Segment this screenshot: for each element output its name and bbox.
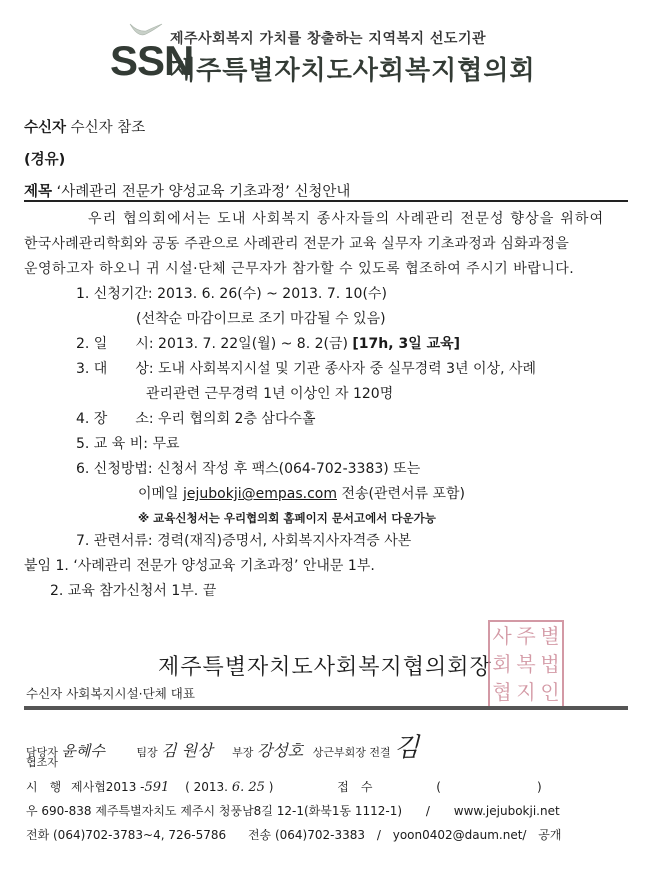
item-label: 7. 관련서류:: [76, 533, 153, 549]
subject-label: 제목: [24, 184, 52, 200]
website-link[interactable]: www.jejubokji.net: [454, 804, 560, 818]
attachment-text: 1. ‘사례관리 전문가 양성교육 기초과정’ 안내문 1부.: [56, 558, 375, 574]
slogan: 제주사회복지 가치를 창출하는 지역복지 선도기관: [170, 28, 486, 48]
item-label: 6. 신청방법:: [76, 461, 153, 477]
item-target-cont: 관리관련 근무경력 1년 이상인 자 120명: [146, 383, 393, 403]
team-leader-label: 팀장: [136, 746, 157, 759]
address-line: 우 690-838 제주특별자치도 제주시 청풍남8길 12-1(화북1동 11…: [26, 802, 560, 819]
item-method-email: 이메일 jejubokji@empas.com 전송(관련서류 포함): [138, 483, 465, 503]
recipients-list: 수신자 사회복지시설·단체 대표: [26, 684, 195, 702]
seal-char: 사: [490, 622, 514, 650]
dept-head-signature: 강성호: [257, 741, 303, 760]
item-application-note: (선착순 마감이므로 조기 마감될 수 있음): [136, 308, 386, 328]
receipt-value: ( ): [436, 780, 541, 794]
org-title: 제주특별자치도사회복지협의회: [170, 50, 536, 87]
vp-signature: 김: [394, 733, 419, 763]
item-label: 5. 교 육 비:: [76, 436, 148, 452]
signature-divider: [24, 706, 628, 710]
item-application-period: 1. 신청기간: 2013. 6. 26(수) ~ 2013. 7. 10(수): [76, 283, 387, 303]
download-note: ※ 교육신청서는 우리협의회 홈페이지 문서고에서 다운가능: [138, 510, 436, 526]
subject-value: ‘사례관리 전문가 양성교육 기초과정’ 신청안내: [57, 184, 351, 200]
seal-char: 별: [538, 622, 562, 650]
item-value: 2013. 6. 26(수) ~ 2013. 7. 10(수): [157, 286, 387, 302]
contact-line: 전화 (064)702-3783~4, 726-5786 전송 (064)702…: [26, 826, 561, 843]
item-label: 1. 신청기간:: [76, 286, 153, 302]
header-divider: [24, 200, 628, 202]
approval-line: 담당자 윤혜수 팀장 김 원상 부장 강성호 상근부회장 전결 김: [26, 727, 419, 764]
seal-char: 회: [490, 650, 514, 678]
email-prefix: 이메일: [138, 486, 179, 502]
seal-char: 주: [514, 622, 538, 650]
item-hours: [17h, 3일 교육]: [352, 336, 460, 352]
receipt-label: 접 수: [337, 780, 372, 794]
email-link[interactable]: jejubokji@empas.com: [183, 486, 337, 502]
subject-line: 제목 ‘사례관리 전문가 양성교육 기초과정’ 신청안내: [24, 180, 350, 201]
item-target: 3. 대 상: 도내 사회복지시설 및 기관 종사자 중 실무경력 3년 이상,…: [76, 358, 536, 378]
exec-date-suffix: ): [269, 780, 274, 794]
fax: 전송 (064)702-3383: [248, 828, 365, 842]
item-value: 2013. 7. 22일(월) ~ 8. 2(금): [158, 336, 348, 352]
separator: /: [377, 828, 381, 842]
seal-char: 협: [490, 678, 514, 706]
exec-number-handwritten: 591: [144, 780, 169, 795]
intro-line-3: 운영하고자 하오니 귀 시설·단체 근무자가 참가할 수 있도록 협조하여 주시…: [24, 258, 574, 278]
seal-char: 인: [538, 678, 562, 706]
team-leader-signature: 김 원상: [161, 741, 212, 760]
item-value: 우리 협의회 2층 삼다수홀: [158, 411, 316, 427]
seal-char: 복: [514, 650, 538, 678]
exec-date-prefix: ( 2013.: [185, 780, 228, 794]
item-place: 4. 장 소: 우리 협의회 2층 삼다수홀: [76, 408, 316, 428]
contact-email-link[interactable]: yoon0402@daum.net/: [393, 828, 527, 842]
intro-line-1: 우리 협의회에서는 도내 사회복지 종사자들의 사례관리 전문성 향상을 위하여: [88, 208, 604, 228]
item-method: 6. 신청방법: 신청서 작성 후 팩스(064-702-3383) 또는: [76, 458, 420, 478]
item-value: 신청서 작성 후 팩스(064-702-3383) 또는: [157, 461, 420, 477]
attachment-1: 붙임 1. ‘사례관리 전문가 양성교육 기초과정’ 안내문 1부.: [24, 555, 375, 575]
via-line: (경유): [24, 148, 65, 169]
recipient-label: 수신자: [24, 120, 66, 136]
recipient-value: 수신자 참조: [71, 120, 146, 136]
email-suffix: 전송(관련서류 포함): [341, 486, 465, 502]
item-value: 경력(재직)증명서, 사회복지사자격증 사본: [157, 533, 411, 549]
exec-date-handwritten: 6. 25: [232, 780, 265, 795]
intro-line-2: 한국사례관리학회와 공동 주관으로 사례관리 전문가 교육 실무자 기초과정과 …: [24, 233, 569, 253]
separator: /: [426, 804, 430, 818]
item-documents: 7. 관련서류: 경력(재직)증명서, 사회복지사자격증 사본: [76, 530, 411, 550]
item-schedule: 2. 일 시: 2013. 7. 22일(월) ~ 8. 2(금) [17h, …: [76, 333, 460, 353]
attachments-label: 붙임: [24, 558, 51, 574]
item-fee: 5. 교 육 비: 무료: [76, 433, 180, 453]
attachment-2: 2. 교육 참가신청서 1부. 끝: [50, 580, 216, 600]
phone: 전화 (064)702-3783~4, 726-5786: [26, 828, 226, 842]
disclosure-status: 공개: [538, 828, 561, 842]
cooperation-label: 협조자: [26, 754, 58, 770]
exec-label: 시 행: [26, 780, 61, 794]
item-label: 4. 장 소:: [76, 411, 154, 427]
item-value: 도내 사회복지시설 및 기관 종사자 중 실무경력 3년 이상, 사례: [158, 361, 536, 377]
exec-number: 제사협2013 -: [71, 780, 144, 794]
item-label: 3. 대 상:: [76, 361, 154, 377]
staff-signature: 윤혜수: [61, 742, 104, 760]
item-value: 무료: [152, 436, 179, 452]
seal-char: 지: [514, 678, 538, 706]
dept-head-label: 부장: [232, 746, 253, 759]
issuer-name: 제주특별자치도사회복지협의회장: [158, 650, 492, 681]
item-label: 2. 일 시:: [76, 336, 154, 352]
address: 우 690-838 제주특별자치도 제주시 청풍남8길 12-1(화북1동 11…: [26, 804, 402, 818]
seal-char: 법: [538, 650, 562, 678]
vp-label: 상근부회장 전결: [313, 746, 391, 759]
recipient-line: 수신자 수신자 참조: [24, 116, 145, 137]
official-seal-icon: 사 주 별 회 복 법 협 지 인: [488, 620, 564, 708]
exec-line: 시 행 제사협2013 -591 ( 2013. 6. 25 ) 접 수 ( ): [26, 778, 542, 795]
